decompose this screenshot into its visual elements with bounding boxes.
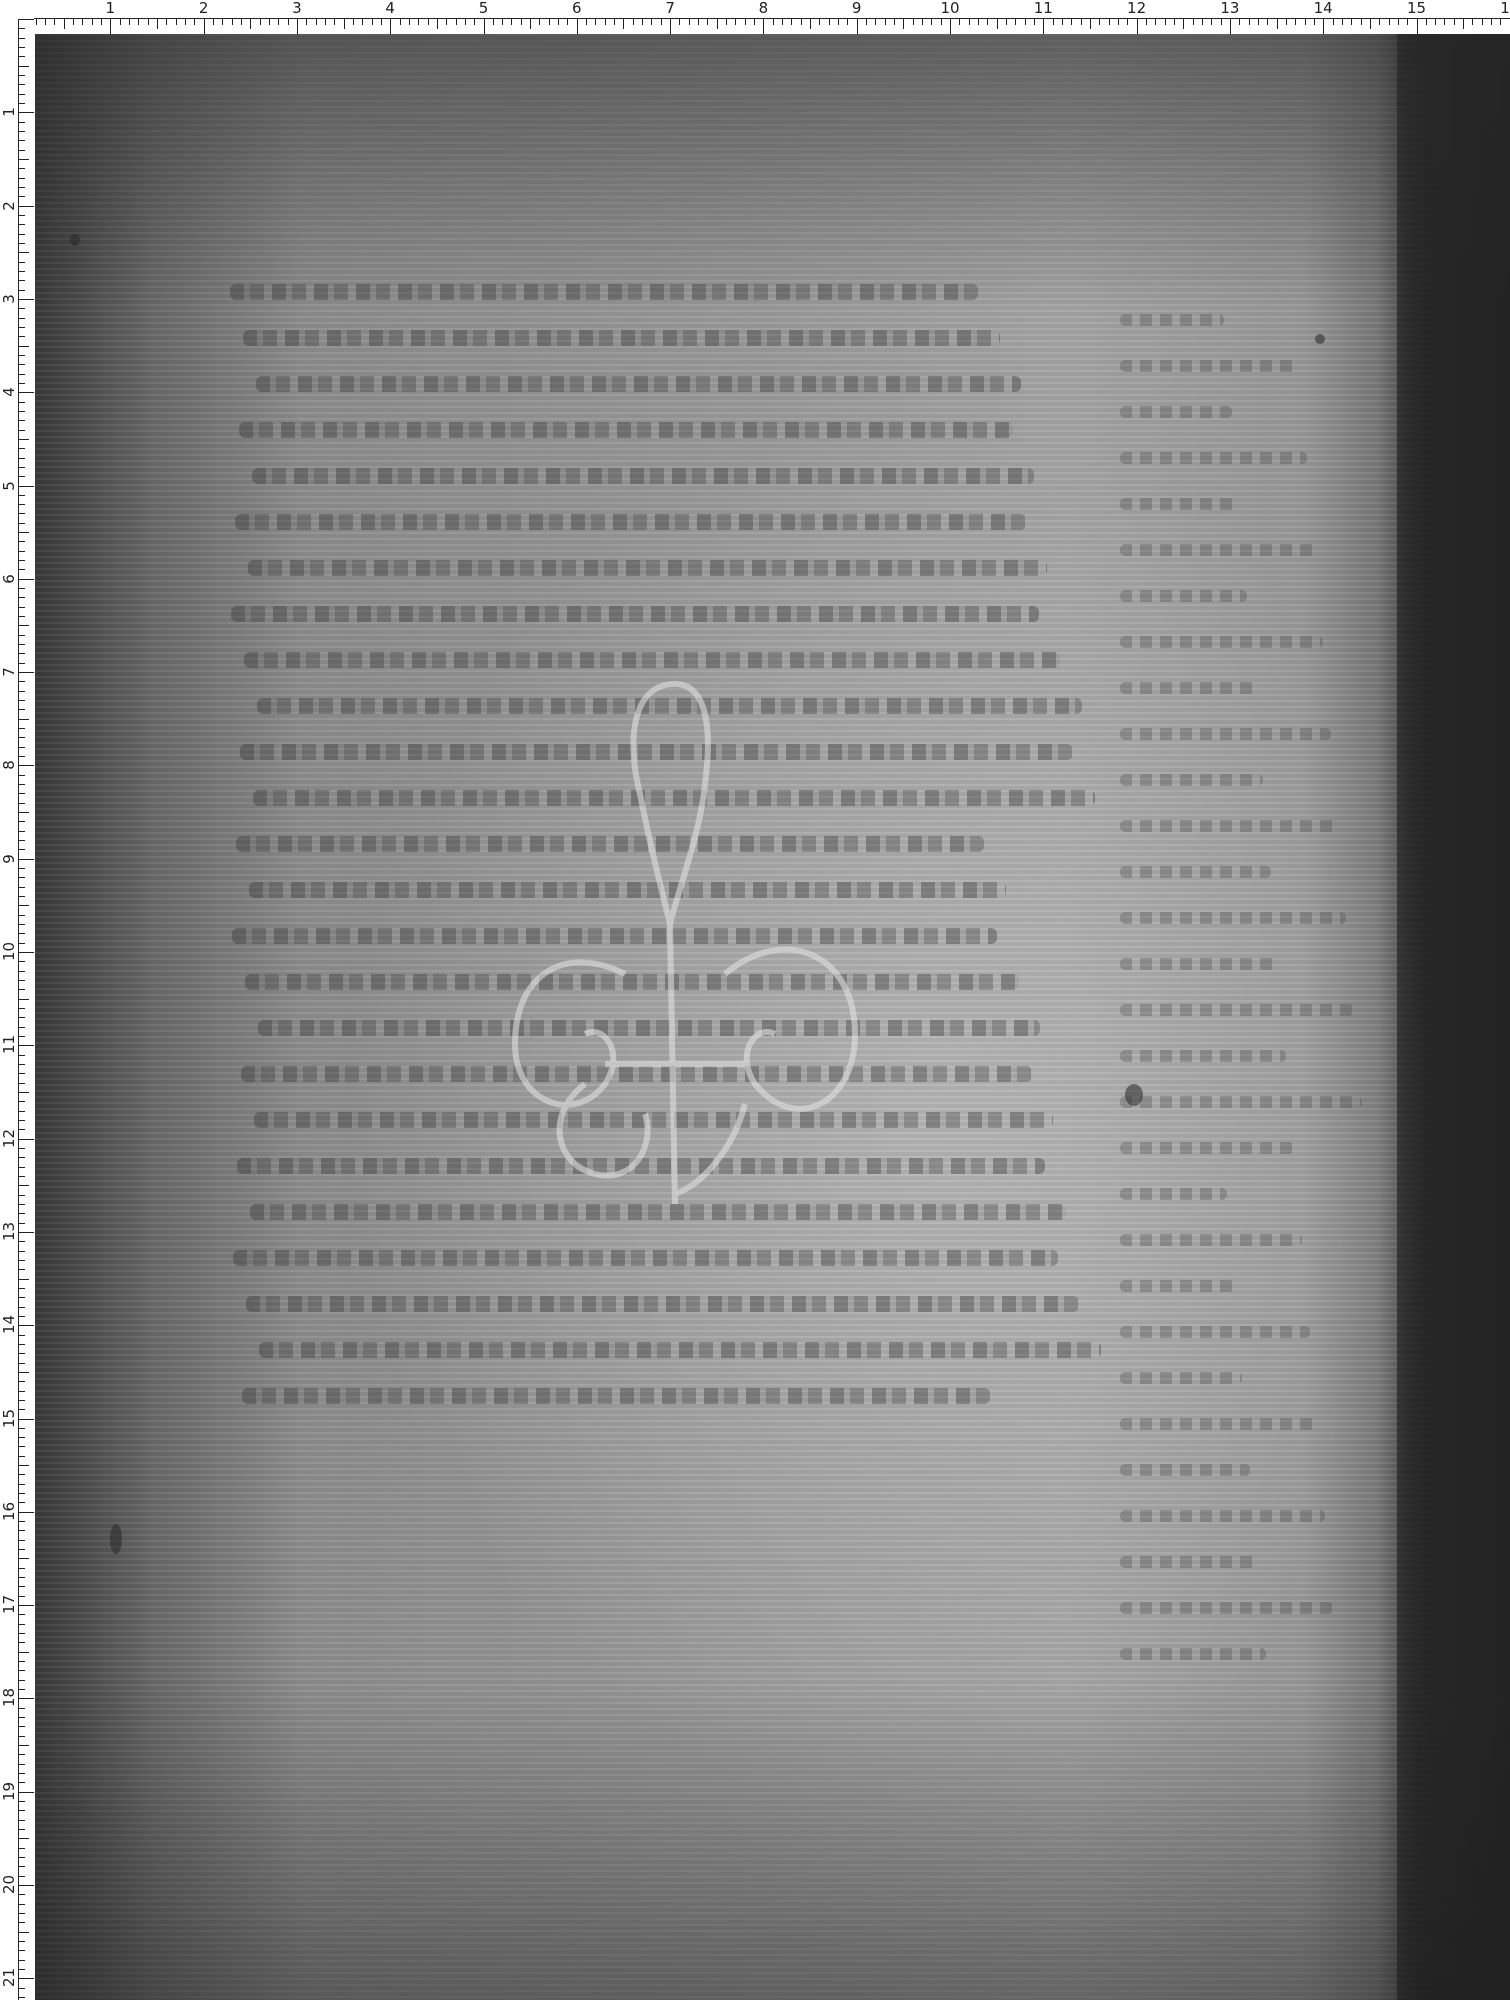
ruler-tick [18, 1157, 25, 1158]
ruler-tick [18, 1101, 25, 1102]
ruler-tick [18, 1596, 25, 1597]
ruler-tick [18, 476, 25, 477]
ruler-tick [18, 1680, 25, 1681]
ruler-tick [1239, 18, 1240, 25]
ruler-tick [18, 327, 25, 328]
ruler-tick [18, 1568, 25, 1569]
ruler-tick [18, 1642, 25, 1643]
ruler-tick [18, 532, 29, 533]
ruler-tick [484, 18, 485, 34]
ruler-tick [931, 18, 932, 25]
ruler-tick [18, 1866, 25, 1867]
ruler-tick [1118, 18, 1119, 25]
ruler-tick [978, 18, 979, 25]
ruler-tick [18, 392, 34, 393]
ruler-tick [18, 1810, 25, 1811]
ruler-tick [250, 18, 251, 29]
ruler-tick [18, 1708, 25, 1709]
ruler-tick [18, 1978, 34, 1979]
ruler-tick [1193, 18, 1194, 25]
ruler-tick [18, 1288, 25, 1289]
ruler-tick [18, 318, 25, 319]
ruler-tick [232, 18, 233, 25]
ruler-label: 7 [665, 0, 675, 16]
ruler-tick [18, 1465, 29, 1466]
ruler-tick [782, 18, 783, 25]
ruler-tick [18, 1400, 25, 1401]
ruler-tick [726, 18, 727, 25]
ruler-tick [18, 1260, 25, 1261]
ruler-tick [120, 18, 121, 25]
ruler-tick [1295, 18, 1296, 25]
ruler-tick [36, 18, 37, 25]
ruler-tick [18, 952, 34, 953]
ruler-tick [18, 616, 25, 617]
ruler-tick [18, 1904, 25, 1905]
ruler-tick [18, 1325, 34, 1326]
ruler-tick [18, 103, 25, 104]
ruler-tick [18, 896, 25, 897]
ruler-tick [530, 18, 531, 29]
ruler-tick [18, 122, 25, 123]
ruler-label: 17 [1, 1596, 17, 1614]
ruler-label: 1 [106, 0, 116, 16]
ruler-label: 21 [1, 1969, 17, 1987]
ruler-tick [1155, 18, 1156, 25]
ruler-label: 6 [572, 0, 582, 16]
ruler-tick [18, 140, 25, 141]
ruler-tick [18, 187, 25, 188]
ruler-tick [18, 980, 25, 981]
ruler-tick [18, 1801, 25, 1802]
ruler-tick [1267, 18, 1268, 25]
ruler-tick [18, 887, 25, 888]
ruler-tick [73, 18, 74, 25]
ruler-tick [1351, 18, 1352, 25]
ruler-tick [1006, 18, 1007, 25]
ruler-tick [18, 1083, 25, 1084]
ruler-tick [1249, 18, 1250, 25]
ruler-tick [18, 1792, 34, 1793]
ruler-tick [18, 1129, 25, 1130]
ruler-tick [18, 1493, 25, 1494]
ruler-tick [18, 467, 25, 468]
ruler-tick [959, 18, 960, 25]
ruler-tick [1491, 18, 1492, 25]
ruler-tick [18, 1027, 25, 1028]
ruler-tick [18, 1176, 25, 1177]
ruler-tick [1062, 18, 1063, 25]
ruler-tick [18, 420, 25, 421]
ruler-tick [18, 1698, 34, 1699]
ruler-tick [18, 1633, 25, 1634]
ruler-tick [18, 1950, 25, 1951]
ruler-tick [18, 1437, 25, 1438]
ruler-tick [18, 1269, 25, 1270]
ruler-label: 4 [1, 383, 17, 401]
ruler-tick [18, 1960, 25, 1961]
ruler-tick [18, 653, 25, 654]
ruler-tick [381, 18, 382, 25]
ruler-tick [913, 18, 914, 25]
ruler-tick [18, 747, 25, 748]
ruler-tick [18, 1391, 25, 1392]
ruler-tick [166, 18, 167, 25]
ruler-label: 5 [1, 477, 17, 495]
ruler-tick [18, 915, 25, 916]
ruler-tick [18, 569, 25, 570]
ruler-tick [18, 1474, 25, 1475]
ruler-tick [446, 18, 447, 25]
ruler-tick [829, 18, 830, 25]
ruler-tick [18, 66, 29, 67]
ruler-tick [18, 1148, 25, 1149]
ruler-tick [1211, 18, 1212, 25]
ruler-tick [45, 18, 46, 25]
ruler-tick [18, 691, 25, 692]
ruler-tick [707, 18, 708, 25]
ruler-tick [18, 1577, 25, 1578]
ruler-tick [474, 18, 475, 25]
ruler-tick [1398, 18, 1399, 25]
ruler-tick [969, 18, 970, 25]
ruler-tick [18, 411, 25, 412]
ruler-tick [18, 1036, 25, 1037]
ruler-tick [204, 18, 205, 34]
ruler-tick [18, 541, 25, 542]
ruler-tick [325, 18, 326, 25]
ruler-tick [316, 18, 317, 25]
ruler-tick [18, 364, 25, 365]
ruler-tick [18, 784, 25, 785]
ruler-tick [18, 1045, 34, 1046]
ruler-tick [418, 18, 419, 25]
ruler-tick [372, 18, 373, 25]
ruler-label: 10 [940, 0, 959, 16]
ruler-tick [885, 18, 886, 25]
ruler-tick [176, 18, 177, 25]
ruler-tick [18, 849, 25, 850]
ruler-tick [18, 1540, 25, 1541]
ruler-tick [18, 1092, 29, 1093]
ruler-tick [1361, 18, 1362, 25]
ruler-tick [493, 18, 494, 25]
ruler-tick [18, 1185, 29, 1186]
ruler-tick [18, 513, 25, 514]
ruler-tick [18, 1456, 25, 1457]
ruler-label: 11 [1034, 0, 1053, 16]
ruler-tick [18, 346, 29, 347]
ruler-tick [18, 1307, 25, 1308]
ruler-tick [334, 18, 335, 25]
ruler-tick [558, 18, 559, 25]
ruler-tick [18, 1857, 25, 1858]
ruler-tick [18, 803, 25, 804]
ruler-tick [18, 215, 25, 216]
ruler-tick [18, 1381, 25, 1382]
ruler-tick [1482, 18, 1483, 25]
ruler-label: 15 [1, 1410, 17, 1428]
ruler-label: 16 [1, 1503, 17, 1521]
ruler-tick [567, 18, 568, 25]
ruler-tick [894, 18, 895, 25]
ruler-tick [18, 971, 25, 972]
ruler-tick [661, 18, 662, 25]
ruler-tick [18, 206, 34, 207]
ruler-label: 11 [1, 1036, 17, 1054]
ruler-tick [18, 793, 25, 794]
ruler-tick [18, 700, 25, 701]
ruler-tick [92, 18, 93, 25]
ruler-tick [1127, 18, 1128, 25]
ruler-tick [18, 756, 25, 757]
ruler-tick [18, 1773, 25, 1774]
ruler-label: 10 [1, 943, 17, 961]
ruler-tick [353, 18, 354, 25]
ruler-label: 20 [1, 1876, 17, 1894]
ruler-tick [390, 18, 391, 34]
ruler-tick [1202, 18, 1203, 25]
ruler-tick [18, 1111, 25, 1112]
ruler-tick [18, 1297, 25, 1298]
ruler-tick [18, 1073, 25, 1074]
ruler-tick [521, 18, 522, 25]
ruler-label: 18 [1, 1689, 17, 1707]
ruler-tick [1081, 18, 1082, 25]
ruler-tick [698, 18, 699, 25]
ruler-tick [18, 336, 25, 337]
ruler-tick [18, 1661, 25, 1662]
ruler-label: 12 [1127, 0, 1146, 16]
ruler-tick [18, 1941, 25, 1942]
ruler-tick [819, 18, 820, 25]
ruler-tick [1472, 18, 1473, 25]
ruler-tick [222, 18, 223, 25]
ruler-tick [18, 458, 25, 459]
ruler-tick [18, 252, 29, 253]
ruler-tick [1463, 18, 1464, 29]
ruler-tick [502, 18, 503, 25]
manuscript-scan [35, 34, 1510, 2000]
ruler-tick [18, 1605, 34, 1606]
ruler-tick [18, 374, 25, 375]
ruler-tick [1034, 18, 1035, 25]
ruler-tick [642, 18, 643, 25]
ruler-tick [1277, 18, 1278, 29]
ruler-tick [1099, 18, 1100, 25]
ruler-label: 2 [199, 0, 209, 16]
ruler-tick [903, 18, 904, 29]
ruler-tick [18, 271, 25, 272]
ruler-tick [773, 18, 774, 25]
ruler-tick [18, 840, 25, 841]
ruler-tick [18, 430, 25, 431]
ruler-tick [18, 1372, 29, 1373]
ruler-tick [18, 579, 34, 580]
ruler-tick [18, 150, 25, 151]
ruler-tick [689, 18, 690, 25]
ruler-label: 9 [852, 0, 862, 16]
ruler-label: 14 [1314, 0, 1333, 16]
ruler-tick [1165, 18, 1166, 25]
ruler-tick [18, 1894, 25, 1895]
ruler-tick [18, 597, 25, 598]
ruler-tick [18, 681, 25, 682]
ruler-tick [18, 439, 29, 440]
ruler-tick [18, 1726, 25, 1727]
ruler-tick [18, 1932, 29, 1933]
ruler-tick [18, 523, 25, 524]
ruler-tick [549, 18, 550, 25]
ruler-tick [1053, 18, 1054, 25]
ruler-tick [18, 821, 25, 822]
ruler-tick [194, 18, 195, 25]
ruler-tick [18, 504, 25, 505]
ruler-label: 3 [292, 0, 302, 16]
ruler-tick [18, 1754, 25, 1755]
ruler-tick [18, 728, 25, 729]
ruler-tick [18, 1232, 34, 1233]
ruler-tick [465, 18, 466, 25]
ruler-label: 19 [1, 1783, 17, 1801]
ruler-tick [18, 1521, 25, 1522]
ruler-tick [18, 94, 25, 95]
ruler-tick [18, 709, 25, 710]
ruler-tick [1454, 18, 1455, 25]
ruler-tick [754, 18, 755, 25]
ruler-tick [241, 18, 242, 25]
ruler-tick [18, 1530, 25, 1531]
ruler-tick [278, 18, 279, 25]
ruler-tick [64, 18, 65, 29]
ruler-tick [838, 18, 839, 25]
ruler-tick [1407, 18, 1408, 25]
ruler-tick [651, 18, 652, 25]
ruler-tick [745, 18, 746, 25]
ruler-label: 6 [1, 570, 17, 588]
ruler-tick [1090, 18, 1091, 29]
ruler-label: 7 [1, 663, 17, 681]
ruler-tick [18, 961, 25, 962]
ruler-tick [18, 1717, 25, 1718]
ruler-tick [18, 38, 25, 39]
ruler-tick [791, 18, 792, 25]
ruler-tick [18, 1251, 25, 1252]
ruler-tick [18, 719, 29, 720]
ruler-tick [18, 943, 25, 944]
ruler-label: 8 [759, 0, 769, 16]
ruler-tick [18, 1764, 25, 1765]
ruler-tick [18, 1120, 25, 1121]
ruler-tick [18, 877, 25, 878]
ruler-tick [1435, 18, 1436, 25]
ruler-tick [763, 18, 764, 34]
ruler-tick [857, 18, 858, 34]
ruler-tick [18, 737, 25, 738]
ruler-tick [18, 1922, 25, 1923]
ruler-tick [18, 1969, 25, 1970]
ruler-tick [18, 560, 25, 561]
ruler-label: 15 [1407, 0, 1426, 16]
ruler-tick [18, 1167, 25, 1168]
ruler-label: 1 [1, 103, 17, 121]
ruler-tick [941, 18, 942, 25]
ruler-tick [866, 18, 867, 25]
scan-vignette [35, 34, 1510, 2000]
ruler-label: 8 [1, 756, 17, 774]
ruler-tick [633, 18, 634, 25]
ruler-tick [1444, 18, 1445, 25]
ruler-tick [18, 1017, 25, 1018]
ruler-tick [1221, 18, 1222, 25]
ruler-tick [344, 18, 345, 29]
ruler-tick [18, 56, 25, 57]
ruler-tick [1389, 18, 1390, 25]
ruler-tick [18, 1876, 25, 1877]
ruler-tick [18, 924, 25, 925]
ruler-tick [18, 1736, 25, 1737]
ruler-tick [1426, 18, 1427, 25]
ruler-label: 13 [1, 1223, 17, 1241]
ruler-tick [18, 672, 34, 673]
ruler-tick [1230, 18, 1231, 34]
ruler-tick [1137, 18, 1138, 34]
ruler-tick [18, 1353, 25, 1354]
ruler-tick [987, 18, 988, 25]
left-ruler: 123456789101112131415161718192021 [0, 0, 34, 2000]
ruler-tick [260, 18, 261, 25]
ruler-tick [288, 18, 289, 25]
ruler-label: 16 [1500, 0, 1510, 16]
ruler-tick [18, 299, 34, 300]
ruler-tick [437, 18, 438, 29]
ruler-tick [18, 989, 25, 990]
ruler-tick [18, 308, 25, 309]
ruler-tick [18, 999, 29, 1000]
ruler-tick [18, 625, 29, 626]
left-ruler-baseline [18, 19, 19, 2000]
ruler-tick [18, 635, 25, 636]
ruler-tick [18, 868, 25, 869]
ruler-tick [18, 1446, 25, 1447]
ruler-tick [18, 1670, 25, 1671]
ruler-tick [1025, 18, 1026, 25]
ruler-tick [18, 1838, 29, 1839]
ruler-tick [801, 18, 802, 25]
ruler-tick [18, 1409, 25, 1410]
ruler-tick [810, 18, 811, 29]
ruler-tick [138, 18, 139, 25]
ruler-tick [18, 448, 25, 449]
ruler-tick [18, 1484, 25, 1485]
ruler-tick [595, 18, 596, 25]
ruler-tick [1071, 18, 1072, 25]
ruler-tick [18, 933, 25, 934]
ruler-tick [18, 1335, 25, 1336]
ruler-tick [614, 18, 615, 25]
ruler-tick [18, 1502, 25, 1503]
ruler-tick [1146, 18, 1147, 25]
ruler-tick [18, 75, 25, 76]
ruler-tick [1015, 18, 1016, 25]
ruler-tick [409, 18, 410, 25]
ruler-label: 14 [1, 1316, 17, 1334]
ruler-tick [129, 18, 130, 25]
ruler-tick [18, 1689, 25, 1690]
ruler-tick [539, 18, 540, 25]
ruler-tick [269, 18, 270, 25]
ruler-tick [847, 18, 848, 25]
